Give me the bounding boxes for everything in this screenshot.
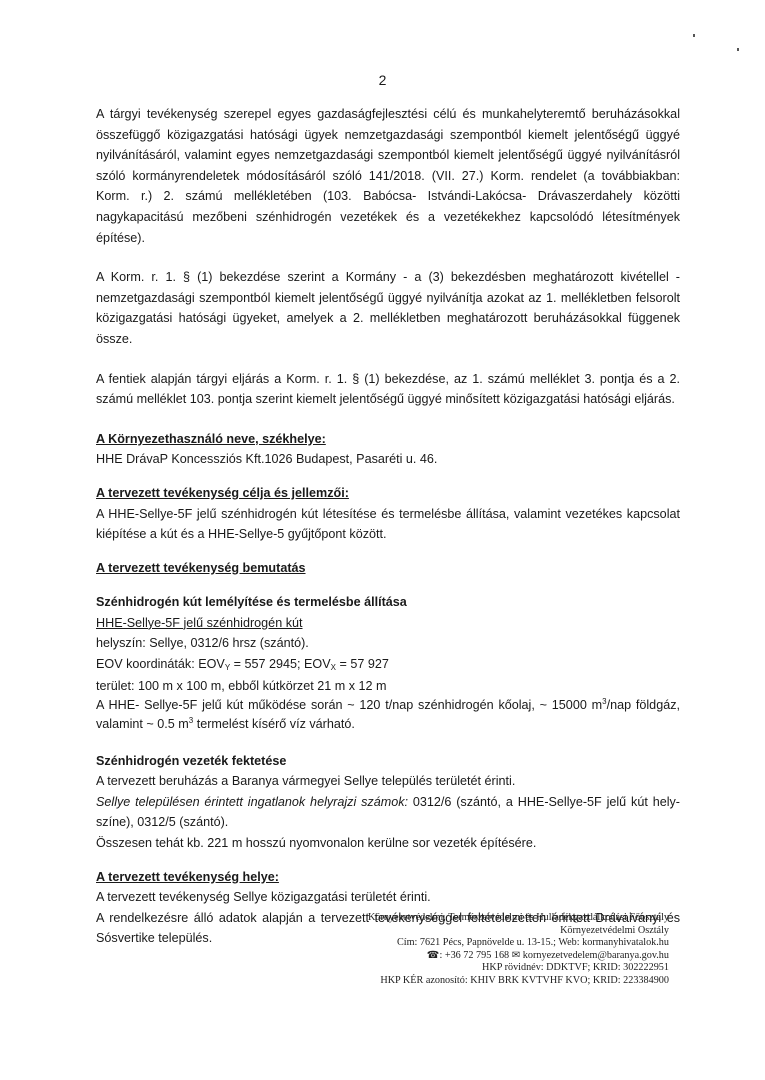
well-title: Szénhidrogén kút lemélyítése és termelés…: [96, 592, 680, 613]
footer-email: kornyezetvedelem@baranya.gov.hu: [520, 950, 669, 961]
place-line1: A tervezett tevékenység Sellye közigazga…: [96, 887, 680, 908]
footer-hkp-short: HKP rövidnév: DDKTVF; KRID: 302222951: [368, 962, 669, 975]
scan-speck: [693, 34, 695, 37]
section-heading-presentation: A tervezett tevékenység bemutatás: [96, 558, 680, 579]
phone-icon: ☎: [427, 950, 440, 961]
letterhead-footer: Környezetvédelmi, Természetvédelmi és Hu…: [368, 912, 669, 988]
well-eov-coordinates: EOV koordináták: EOVY = 557 2945; EOVX =…: [96, 654, 680, 679]
pipeline-title: Szénhidrogén vezeték fektetése: [96, 751, 680, 772]
document-body: A tárgyi tevékenység szerepel egyes gazd…: [96, 104, 680, 949]
user-details: HHE DrávaP Koncessziós Kft.1026 Budapest…: [96, 449, 680, 470]
scan-speck: [737, 48, 739, 51]
footer-contact: ☎: +36 72 795 168 ✉ kornyezetvedelem@bar…: [368, 950, 669, 963]
pipeline-length: Összesen tehát kb. 221 m hosszú nyomvona…: [96, 833, 680, 854]
well-output: A HHE- Sellye-5F jelű kút működése során…: [96, 694, 680, 732]
section-heading-place: A tervezett tevékenység helye:: [96, 867, 680, 888]
page-number: 2: [0, 72, 765, 88]
footer-address: Cím: 7621 Pécs, Papnövelde u. 13-15.; We…: [368, 937, 669, 950]
pipeline-parcels: Sellye településen érintett ingatlanok h…: [96, 792, 680, 833]
well-area: terület: 100 m x 100 m, ebből kútkörzet …: [96, 679, 680, 694]
conclusion-paragraph: A fentiek alapján tárgyi eljárás a Korm.…: [96, 369, 680, 410]
well-subtitle: HHE-Sellye-5F jelű szénhidrogén kút: [96, 613, 680, 634]
section-heading-goal: A tervezett tevékenység célja és jellemz…: [96, 483, 680, 504]
email-icon: ✉: [512, 950, 521, 961]
goal-details: A HHE-Sellye-5F jelű szénhidrogén kút lé…: [96, 504, 680, 545]
section-heading-user: A Környezethasználó neve, székhelye:: [96, 429, 680, 450]
legal-paragraph: A Korm. r. 1. § (1) bekezdése szerint a …: [96, 267, 680, 349]
intro-paragraph: A tárgyi tevékenység szerepel egyes gazd…: [96, 104, 680, 248]
footer-phone: : +36 72 795 168: [439, 950, 511, 961]
footer-office: Környezetvédelmi Osztály: [368, 925, 669, 938]
footer-department: Környezetvédelmi, Természetvédelmi és Hu…: [368, 912, 669, 925]
footer-hkp-ker: HKP KÉR azonosító: KHIV BRK KVTVHF KVO; …: [368, 975, 669, 988]
well-location: helyszín: Sellye, 0312/6 hrsz (szántó).: [96, 633, 680, 654]
pipeline-line1: A tervezett beruházás a Baranya vármegye…: [96, 771, 680, 792]
